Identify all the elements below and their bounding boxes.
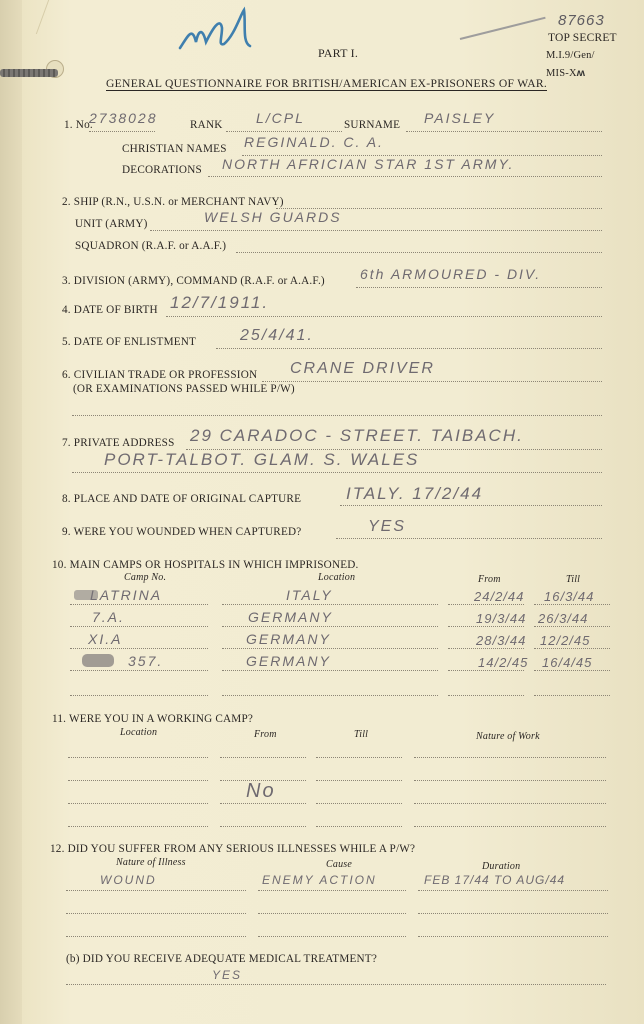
scribbled-out-text bbox=[82, 654, 114, 667]
q5-value[interactable]: 25/4/41. bbox=[240, 327, 314, 345]
q12-col-duration: Duration bbox=[482, 861, 520, 872]
scribbled-out-text bbox=[74, 590, 98, 600]
q7-line-2 bbox=[72, 472, 602, 473]
q1-no-value[interactable]: 2738028 bbox=[89, 110, 158, 126]
q10-till-4[interactable]: 16/4/45 bbox=[542, 655, 592, 670]
q10-till-3[interactable]: 12/2/45 bbox=[540, 633, 590, 648]
q1-christian-label: CHRISTIAN NAMES bbox=[122, 143, 227, 155]
q1-surname-value[interactable]: PAISLEY bbox=[424, 110, 495, 126]
q10-col-till: Till bbox=[566, 574, 580, 585]
q12b-value[interactable]: YES bbox=[212, 968, 242, 982]
q8-label: 8. PLACE AND DATE OF ORIGINAL CAPTURE bbox=[62, 493, 301, 505]
q1-decorations-value[interactable]: NORTH AFRICIAN STAR 1ST ARMY. bbox=[222, 156, 514, 172]
q4-line bbox=[166, 316, 602, 317]
q10-col-location: Location bbox=[318, 572, 355, 583]
part-heading: PART I. bbox=[318, 46, 358, 61]
classification-label: TOP SECRET bbox=[548, 32, 617, 44]
q10-location-3[interactable]: GERMANY bbox=[246, 631, 331, 647]
q1-rank-label: RANK bbox=[190, 119, 223, 131]
q10-from-2[interactable]: 19/3/44 bbox=[476, 611, 526, 626]
q12b-line bbox=[66, 984, 606, 985]
q7-address-line-1[interactable]: 29 CARADOC - STREET. TAIBACH. bbox=[190, 426, 524, 446]
q10-location-4[interactable]: GERMANY bbox=[246, 653, 331, 669]
q6-value[interactable]: CRANE DRIVER bbox=[290, 360, 435, 378]
q11-label: 11. WERE YOU IN A WORKING CAMP? bbox=[52, 713, 253, 725]
q7-address-line-2[interactable]: PORT-TALBOT. GLAM. S. WALES bbox=[104, 450, 419, 470]
q10-location-2[interactable]: GERMANY bbox=[248, 609, 333, 625]
q1-no-line bbox=[89, 131, 155, 132]
ref-line-2: MIS-Xʍ bbox=[546, 67, 585, 79]
q2-unit-label: UNIT (ARMY) bbox=[75, 218, 148, 230]
ref-line-1: M.I.9/Gen/ bbox=[546, 50, 595, 61]
q12-col-illness: Nature of Illness bbox=[116, 857, 186, 868]
q6-label: 6. CIVILIAN TRADE OR PROFESSION bbox=[62, 369, 257, 381]
q2-squadron-label: SQUADRON (R.A.F. or A.A.F.) bbox=[75, 240, 226, 252]
q12-cause-1[interactable]: ENEMY ACTION bbox=[262, 873, 377, 887]
q4-value[interactable]: 12/7/1911. bbox=[170, 293, 269, 313]
q10-from-1[interactable]: 24/2/44 bbox=[474, 589, 524, 604]
q10-camp-3[interactable]: XI.A bbox=[88, 631, 122, 647]
q5-line bbox=[216, 348, 602, 349]
q10-location-1[interactable]: ITALY bbox=[286, 587, 333, 603]
q10-col-from: From bbox=[478, 574, 501, 585]
q9-line bbox=[336, 538, 602, 539]
q10-camp-2[interactable]: 7.A. bbox=[92, 609, 125, 625]
q12-col-cause: Cause bbox=[326, 859, 352, 870]
q1-rank-value[interactable]: L/CPL bbox=[256, 110, 305, 126]
q3-line bbox=[356, 287, 602, 288]
q4-label: 4. DATE OF BIRTH bbox=[62, 304, 158, 316]
q2-squadron-line bbox=[236, 252, 602, 253]
q10-col-camp: Camp No. bbox=[124, 572, 166, 583]
q10-till-1[interactable]: 16/3/44 bbox=[544, 589, 594, 604]
q11-col-nature: Nature of Work bbox=[476, 731, 540, 742]
q10-from-3[interactable]: 28/3/44 bbox=[476, 633, 526, 648]
q9-value[interactable]: YES bbox=[368, 518, 406, 536]
file-number: 87663 bbox=[558, 12, 605, 29]
q6-sublabel: (OR EXAMINATIONS PASSED WHILE P/W) bbox=[73, 383, 295, 395]
q1-surname-label: SURNAME bbox=[344, 119, 400, 131]
q2-ship-label: 2. SHIP (R.N., U.S.N. or MERCHANT NAVY) bbox=[62, 196, 284, 208]
q12-duration-1[interactable]: FEB 17/44 TO AUG/44 bbox=[424, 873, 565, 887]
questionnaire-page bbox=[22, 0, 644, 1024]
q10-camp-4[interactable]: 357. bbox=[128, 653, 163, 669]
q10-till-2[interactable]: 26/3/44 bbox=[538, 611, 588, 626]
q10-from-4[interactable]: 14/2/45 bbox=[478, 655, 528, 670]
q6-extra-line bbox=[72, 415, 602, 416]
q12b-label: (b) DID YOU RECEIVE ADEQUATE MEDICAL TRE… bbox=[66, 953, 377, 965]
q8-value[interactable]: ITALY. 17/2/44 bbox=[346, 484, 483, 504]
binding-string bbox=[0, 69, 58, 77]
q5-label: 5. DATE OF ENLISTMENT bbox=[62, 336, 196, 348]
q3-value[interactable]: 6th ARMOURED - DIV. bbox=[360, 266, 541, 282]
q11-col-location: Location bbox=[120, 727, 157, 738]
q1-decorations-line bbox=[208, 176, 602, 177]
q10-camp-1[interactable]: LATRINA bbox=[90, 587, 162, 603]
q1-christian-value[interactable]: REGINALD. C. A. bbox=[244, 134, 384, 150]
handwritten-initials-mark bbox=[178, 6, 258, 56]
q1-rank-line bbox=[226, 131, 342, 132]
q2-unit-line bbox=[150, 230, 602, 231]
q9-label: 9. WERE YOU WOUNDED WHEN CAPTURED? bbox=[62, 526, 301, 538]
q11-col-till: Till bbox=[354, 729, 368, 740]
q11-answer[interactable]: No bbox=[246, 780, 276, 803]
q1-surname-line bbox=[406, 131, 602, 132]
form-title: GENERAL QUESTIONNAIRE FOR BRITISH/AMERIC… bbox=[106, 77, 547, 91]
q11-col-from: From bbox=[254, 729, 277, 740]
q6-line bbox=[262, 381, 602, 382]
q1-decorations-label: DECORATIONS bbox=[122, 164, 202, 176]
q8-line bbox=[340, 505, 602, 506]
q12-label: 12. DID YOU SUFFER FROM ANY SERIOUS ILLN… bbox=[50, 843, 415, 855]
q12-illness-1[interactable]: WOUND bbox=[100, 873, 157, 887]
q10-label: 10. MAIN CAMPS OR HOSPITALS IN WHICH IMP… bbox=[52, 559, 359, 571]
q3-label: 3. DIVISION (ARMY), COMMAND (R.A.F. or A… bbox=[62, 275, 325, 287]
q2-unit-value[interactable]: WELSH GUARDS bbox=[204, 209, 342, 225]
q7-label: 7. PRIVATE ADDRESS bbox=[62, 437, 175, 449]
